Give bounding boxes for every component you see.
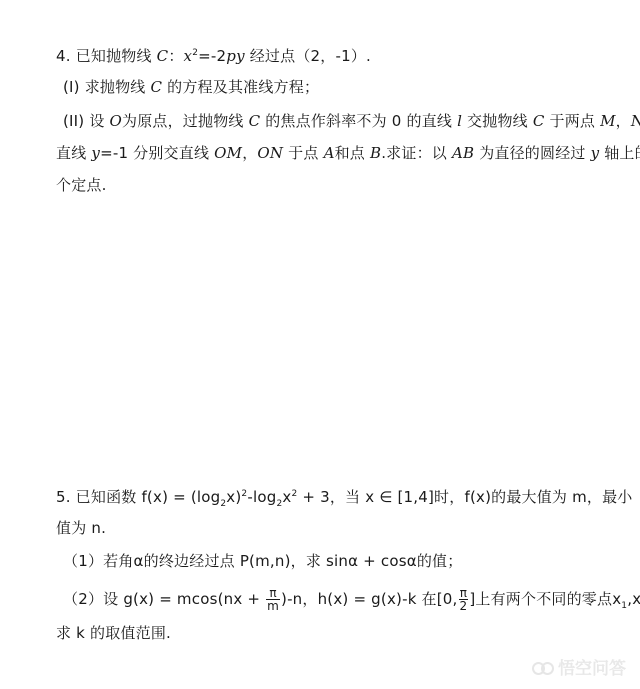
- problem-number: 5.: [56, 488, 71, 506]
- fraction-pi-over-2: π2: [459, 587, 469, 612]
- wukong-logo-icon: [532, 660, 554, 674]
- problem-4-part-2-line-1: (II) 设 O为原点，过抛物线 C 的焦点作斜率不为 0 的直线 l 交抛物线…: [63, 111, 640, 131]
- problem-number: 4.: [56, 47, 71, 65]
- problem-4-stem: 4. 已知抛物线 C：x2=-2py 经过点（2，-1）.: [56, 46, 371, 66]
- problem-4-part-2-line-2: 直线 y=-1 分别交直线 OM，ON 于点 A和点 B.求证：以 AB 为直径…: [56, 143, 640, 163]
- part-label: (II): [63, 112, 84, 130]
- part-label: (I): [63, 78, 80, 96]
- problem-5-part-2-line-2: 求 k 的取值范围.: [56, 623, 171, 643]
- problem-4-part-1: (I) 求抛物线 C 的方程及其准线方程；: [63, 77, 319, 97]
- problem-5-stem-line-2: 值为 n.: [56, 518, 106, 538]
- watermark-text: 悟空问答: [558, 654, 626, 679]
- part-label: （2）: [63, 590, 103, 608]
- fraction-pi-over-m: πm: [266, 587, 280, 612]
- problem-5-stem: 5. 已知函数 f(x) = (log2x)2-log2x2 + 3，当 x ∈…: [56, 487, 633, 507]
- part-label: （1）: [63, 552, 103, 570]
- problem-5-part-2-line-1: （2）设 g(x) = mcos(nx + πm)-n，h(x) = g(x)-…: [63, 587, 640, 612]
- problem-4-part-2-line-3: 个定点.: [56, 175, 107, 195]
- watermark: 悟空问答: [532, 654, 626, 679]
- problem-5-part-1: （1）若角α的终边经过点 P(m,n)，求 sinα + cosα的值；: [63, 551, 462, 571]
